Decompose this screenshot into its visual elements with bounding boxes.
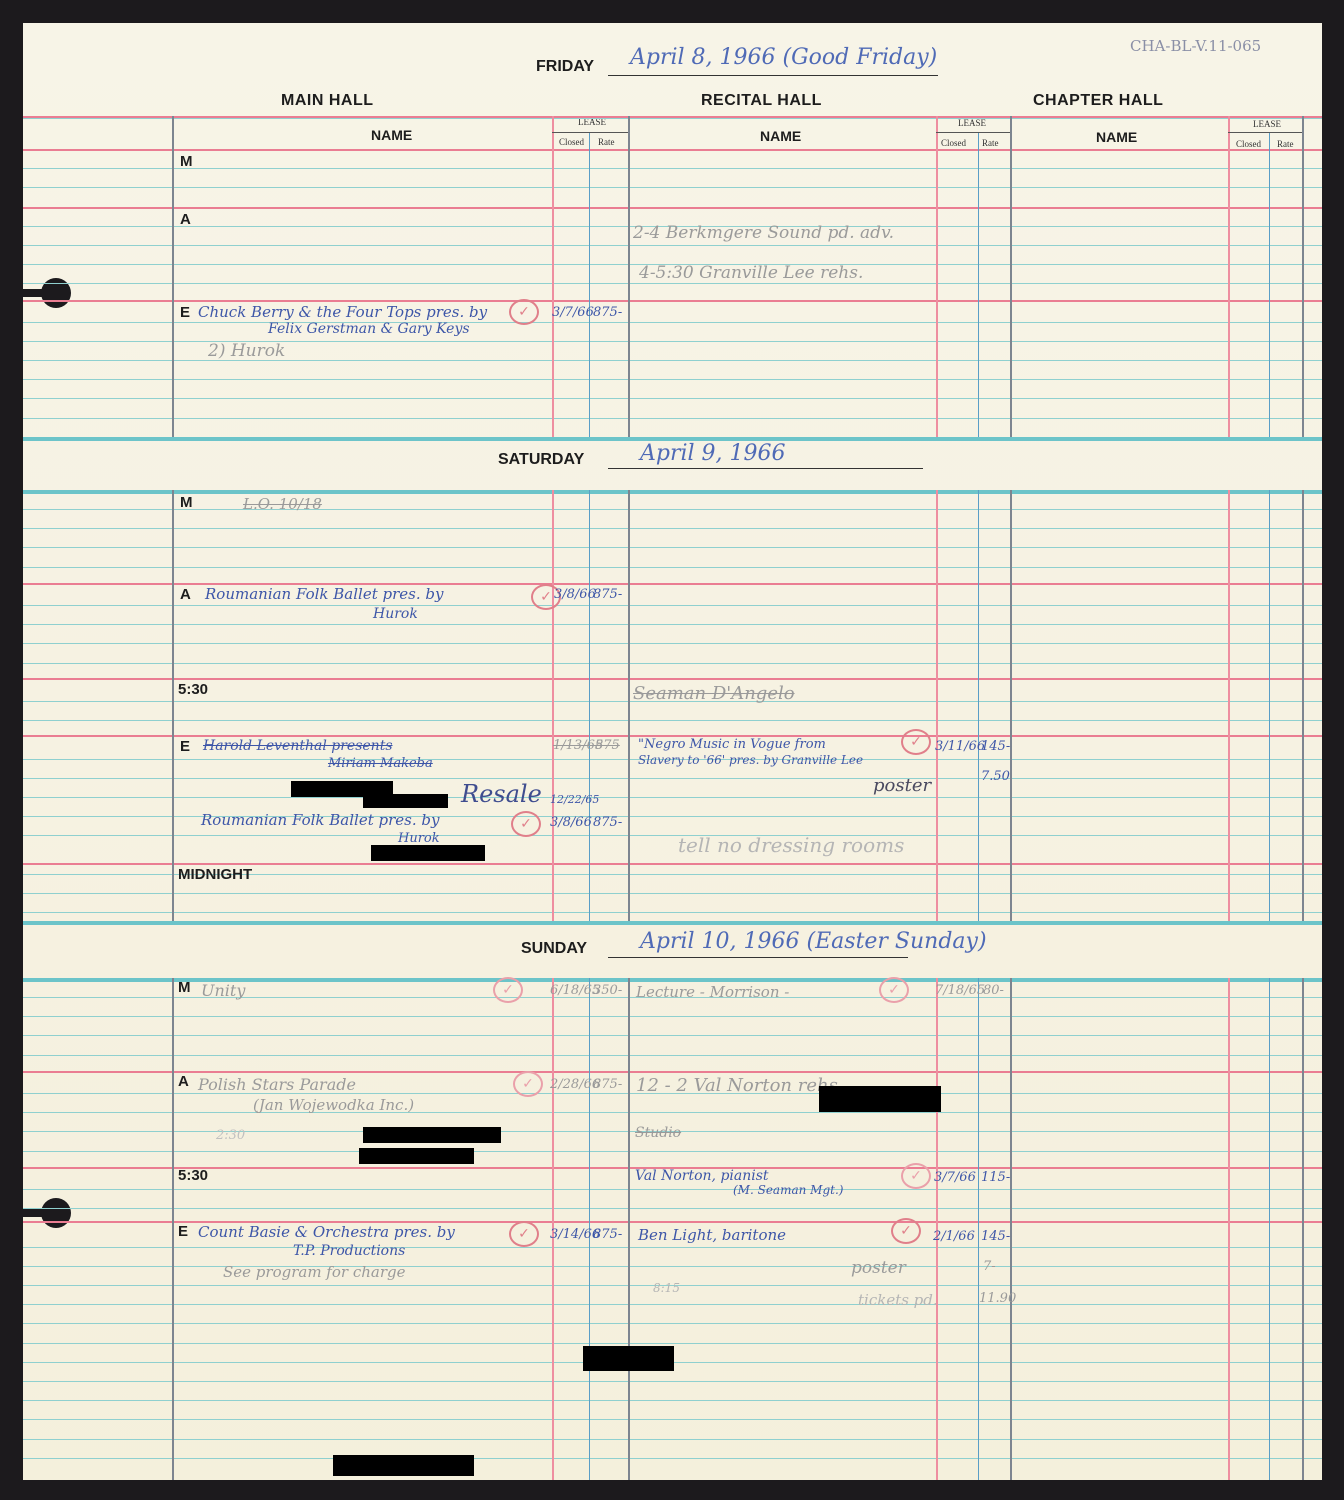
rule-line bbox=[23, 720, 1322, 721]
lease-closed-date: 3/11/66 bbox=[935, 739, 985, 754]
slot-label: A bbox=[180, 586, 191, 603]
confirmed-check-icon: ✓ bbox=[891, 1218, 921, 1244]
rule-line bbox=[23, 1055, 1322, 1056]
rule-line bbox=[23, 1189, 1322, 1190]
lease-rate: 7- bbox=[983, 1259, 996, 1274]
column-line bbox=[1269, 978, 1270, 1480]
col-header-name-main: NAME bbox=[371, 127, 412, 143]
column-line bbox=[936, 490, 938, 921]
entry-line: 2-4 Berkmgere Sound pd. adv. bbox=[633, 223, 894, 243]
confirmed-check-icon: ✓ bbox=[509, 299, 539, 325]
lease-rate: 145- bbox=[981, 739, 1010, 754]
entry-line: Slavery to '66' pres. by Granville Lee bbox=[638, 753, 863, 767]
hall-header-main: MAIN HALL bbox=[281, 92, 373, 110]
col-header-name-chapter: NAME bbox=[1096, 129, 1137, 145]
slot-label: MIDNIGHT bbox=[178, 866, 252, 883]
rule-line bbox=[23, 663, 1322, 664]
column-line bbox=[1302, 490, 1304, 921]
lease-closed-date: 3/7/66 bbox=[934, 1170, 976, 1185]
entry-line: Lecture - Morrison - bbox=[636, 983, 789, 1001]
rule-line bbox=[23, 1400, 1322, 1401]
rule-line bbox=[23, 1343, 1322, 1344]
entry-line: Hurok bbox=[373, 606, 418, 622]
slot-label: M bbox=[180, 494, 193, 511]
slot-label: M bbox=[180, 153, 193, 170]
lease-closed-date: 2/1/66 bbox=[933, 1229, 975, 1244]
entry-line: Hurok bbox=[398, 831, 440, 846]
rule-line bbox=[23, 168, 1322, 169]
col-header-rate-chapter: Rate bbox=[1277, 139, 1294, 149]
rule-line bbox=[23, 528, 1322, 529]
lease-rate: 875- bbox=[593, 1227, 622, 1242]
rule-line bbox=[23, 624, 1322, 625]
binder-hole bbox=[41, 1198, 71, 1228]
entry-line: Val Norton, pianist bbox=[635, 1168, 769, 1184]
rule-line bbox=[23, 509, 1322, 510]
rule-line bbox=[23, 1458, 1322, 1459]
slot-label: E bbox=[180, 738, 190, 755]
column-line bbox=[172, 490, 174, 921]
rule-line bbox=[23, 1208, 1322, 1209]
slot-label: 5:30 bbox=[178, 1167, 208, 1184]
rule-line bbox=[23, 912, 1322, 913]
rule-line bbox=[23, 605, 1322, 606]
column-line bbox=[589, 133, 590, 437]
rule-line bbox=[23, 207, 1322, 209]
slot-label: E bbox=[180, 304, 190, 321]
confirmed-check-icon: ✓ bbox=[511, 811, 541, 837]
rule-line bbox=[23, 797, 1322, 798]
column-line bbox=[1010, 978, 1012, 1480]
column-line bbox=[978, 490, 979, 921]
date-underline bbox=[608, 468, 923, 469]
lease-closed-date: 12/22/65 bbox=[550, 793, 599, 806]
col-header-lease-chapter: LEASE bbox=[1253, 119, 1281, 129]
entry-line: Unity bbox=[201, 981, 245, 1000]
rule-line bbox=[23, 283, 1322, 284]
entry-note: poster bbox=[851, 1258, 906, 1278]
column-line bbox=[978, 133, 979, 437]
col-header-name-recital: NAME bbox=[760, 128, 801, 144]
entry-line-struck: Harold Leventhal presents bbox=[203, 738, 393, 754]
date-underline bbox=[608, 957, 908, 958]
rule-line bbox=[23, 643, 1322, 644]
slot-label: A bbox=[180, 211, 191, 228]
column-line bbox=[172, 978, 174, 1480]
rule-line bbox=[23, 835, 1322, 836]
lease-divider bbox=[552, 132, 628, 133]
rule-line bbox=[23, 863, 1322, 865]
entry-line-struck: L.O. 10/18 bbox=[243, 495, 322, 513]
column-line bbox=[628, 490, 630, 921]
confirmed-check-icon: ✓ bbox=[513, 1071, 543, 1097]
rule-line bbox=[23, 379, 1322, 380]
entry-line-struck: Seaman D'Angelo bbox=[633, 683, 795, 704]
column-line bbox=[1269, 133, 1270, 437]
day-label-sunday: SUNDAY bbox=[521, 940, 587, 958]
entry-line: "Negro Music in Vogue from bbox=[638, 737, 826, 752]
lease-rate: 11.90 bbox=[979, 1291, 1016, 1306]
column-line bbox=[589, 490, 590, 921]
rule-line bbox=[23, 418, 1322, 419]
ledger-page: CHA-BL-V.11-065 FRIDAY April 8, 1966 (Go… bbox=[23, 23, 1322, 1480]
confirmed-check-icon: ✓ bbox=[901, 729, 931, 755]
rule-line bbox=[23, 1016, 1322, 1017]
rule-line bbox=[23, 921, 1322, 925]
rule-line bbox=[23, 118, 1322, 119]
column-line bbox=[1302, 978, 1304, 1480]
entry-line: Polish Stars Parade bbox=[198, 1075, 356, 1094]
column-line bbox=[1269, 490, 1270, 921]
entry-line: (M. Seaman Mgt.) bbox=[733, 1183, 843, 1197]
rule-line bbox=[23, 1381, 1322, 1382]
rule-line bbox=[23, 1304, 1322, 1305]
rule-line bbox=[23, 1247, 1322, 1248]
slot-label: A bbox=[178, 1073, 189, 1090]
lease-rate: 115- bbox=[981, 1170, 1010, 1185]
redaction bbox=[363, 1127, 501, 1143]
lease-rate: 875- bbox=[593, 305, 622, 320]
entry-line-struck: Miriam Makeba bbox=[328, 756, 433, 771]
redaction bbox=[371, 845, 485, 861]
redaction bbox=[359, 1148, 474, 1164]
entry-line: Resale bbox=[461, 780, 542, 808]
reference-number: CHA-BL-V.11-065 bbox=[1130, 37, 1261, 55]
col-header-closed-main: Closed bbox=[559, 137, 584, 147]
rule-line bbox=[23, 187, 1322, 188]
column-line bbox=[978, 978, 979, 1480]
confirmed-check-icon: ✓ bbox=[493, 977, 523, 1003]
rule-line bbox=[23, 1151, 1322, 1152]
lease-closed-date: 3/8/66 bbox=[550, 815, 592, 830]
rule-line bbox=[23, 1112, 1322, 1113]
redaction bbox=[363, 794, 448, 808]
rule-line bbox=[23, 778, 1322, 779]
column-line bbox=[1228, 978, 1230, 1480]
rule-line bbox=[23, 300, 1322, 302]
day-label-friday: FRIDAY bbox=[536, 58, 594, 76]
lease-rate: 80- bbox=[983, 983, 1004, 998]
date-friday: April 8, 1966 (Good Friday) bbox=[630, 45, 937, 70]
hall-header-recital: RECITAL HALL bbox=[701, 92, 822, 110]
lease-rate: 875- bbox=[593, 1077, 622, 1092]
date-underline bbox=[608, 75, 938, 76]
entry-note: tell no dressing rooms bbox=[678, 833, 904, 857]
lease-divider bbox=[1228, 132, 1302, 133]
entry-line-struck: Studio bbox=[635, 1125, 681, 1141]
lease-rate: 875- bbox=[593, 815, 622, 830]
column-line bbox=[628, 978, 630, 1480]
rule-line bbox=[23, 678, 1322, 680]
slot-label: 5:30 bbox=[178, 681, 208, 698]
entry-line: Felix Gerstman & Gary Keys bbox=[268, 321, 470, 337]
rule-line bbox=[23, 398, 1322, 399]
slot-label: E bbox=[178, 1223, 188, 1240]
entry-line: 12 - 2 Val Norton rehs. bbox=[636, 1075, 844, 1096]
redaction bbox=[819, 1086, 941, 1112]
rule-line bbox=[23, 245, 1322, 246]
confirmed-check-icon: ✓ bbox=[901, 1163, 931, 1189]
entry-line: T.P. Productions bbox=[293, 1243, 405, 1259]
rule-line bbox=[23, 547, 1322, 548]
rule-line bbox=[23, 322, 1322, 323]
confirmed-check-icon: ✓ bbox=[509, 1221, 539, 1247]
lease-rate: 875 bbox=[595, 738, 620, 753]
entry-line: Roumanian Folk Ballet pres. by bbox=[201, 811, 439, 829]
rule-line bbox=[23, 1419, 1322, 1420]
column-line bbox=[936, 116, 938, 437]
lease-closed-date: 7/18/65 bbox=[935, 983, 985, 998]
col-header-closed-recital: Closed bbox=[941, 138, 966, 148]
rule-line bbox=[23, 1439, 1322, 1440]
date-saturday: April 9, 1966 bbox=[640, 441, 786, 466]
day-label-saturday: SATURDAY bbox=[498, 451, 584, 469]
column-line bbox=[552, 116, 554, 437]
lease-closed-date: 3/8/66 bbox=[554, 587, 596, 602]
slot-label: M bbox=[178, 979, 191, 996]
lease-rate: 145- bbox=[981, 1229, 1010, 1244]
confirmed-check-icon: ✓ bbox=[879, 977, 909, 1003]
rule-line bbox=[23, 490, 1322, 494]
rule-line bbox=[23, 1035, 1322, 1036]
redaction bbox=[333, 1455, 474, 1476]
date-sunday: April 10, 1966 (Easter Sunday) bbox=[640, 929, 987, 954]
rule-line bbox=[23, 1071, 1322, 1073]
entry-note: 2:30 bbox=[216, 1128, 245, 1143]
col-header-closed-chapter: Closed bbox=[1236, 139, 1261, 149]
col-header-rate-main: Rate bbox=[598, 137, 615, 147]
entry-line: Count Basie & Orchestra pres. by bbox=[198, 1223, 455, 1241]
column-line bbox=[1228, 490, 1230, 921]
entry-line: poster bbox=[873, 775, 931, 796]
entry-line: (Jan Wojewodka Inc.) bbox=[253, 1096, 414, 1114]
entry-line: Roumanian Folk Ballet pres. by bbox=[205, 585, 443, 603]
column-line bbox=[552, 490, 554, 921]
rule-line bbox=[23, 893, 1322, 894]
rule-line bbox=[23, 1323, 1322, 1324]
lease-rate: 875- bbox=[593, 587, 622, 602]
entry-note: See program for charge bbox=[223, 1263, 405, 1281]
entry-line: Ben Light, baritone bbox=[638, 1226, 786, 1244]
column-line bbox=[172, 116, 174, 437]
col-header-rate-recital: Rate bbox=[982, 138, 999, 148]
column-line bbox=[1010, 116, 1012, 437]
column-line bbox=[1010, 490, 1012, 921]
entry-note: 2) Hurok bbox=[208, 341, 285, 361]
col-header-lease-recital: LEASE bbox=[958, 118, 986, 128]
lease-closed-date: 3/7/66 bbox=[552, 305, 594, 320]
redaction bbox=[583, 1346, 674, 1371]
rule-line bbox=[23, 149, 1322, 151]
lease-rate: 350- bbox=[593, 983, 622, 998]
entry-line: 4-5:30 Granville Lee rehs. bbox=[639, 263, 863, 283]
rule-line bbox=[23, 567, 1322, 568]
hall-header-chapter: CHAPTER HALL bbox=[1033, 92, 1163, 110]
column-line bbox=[1228, 116, 1230, 437]
rule-line bbox=[23, 1266, 1322, 1267]
entry-note: 8:15 bbox=[653, 1281, 680, 1295]
entry-line: Chuck Berry & the Four Tops pres. by bbox=[198, 303, 487, 321]
lease-rate: 7.50 bbox=[981, 769, 1010, 784]
entry-note: tickets pd. bbox=[858, 1291, 938, 1309]
column-line bbox=[1302, 116, 1304, 437]
column-line bbox=[628, 116, 630, 437]
lease-divider bbox=[936, 132, 1010, 133]
